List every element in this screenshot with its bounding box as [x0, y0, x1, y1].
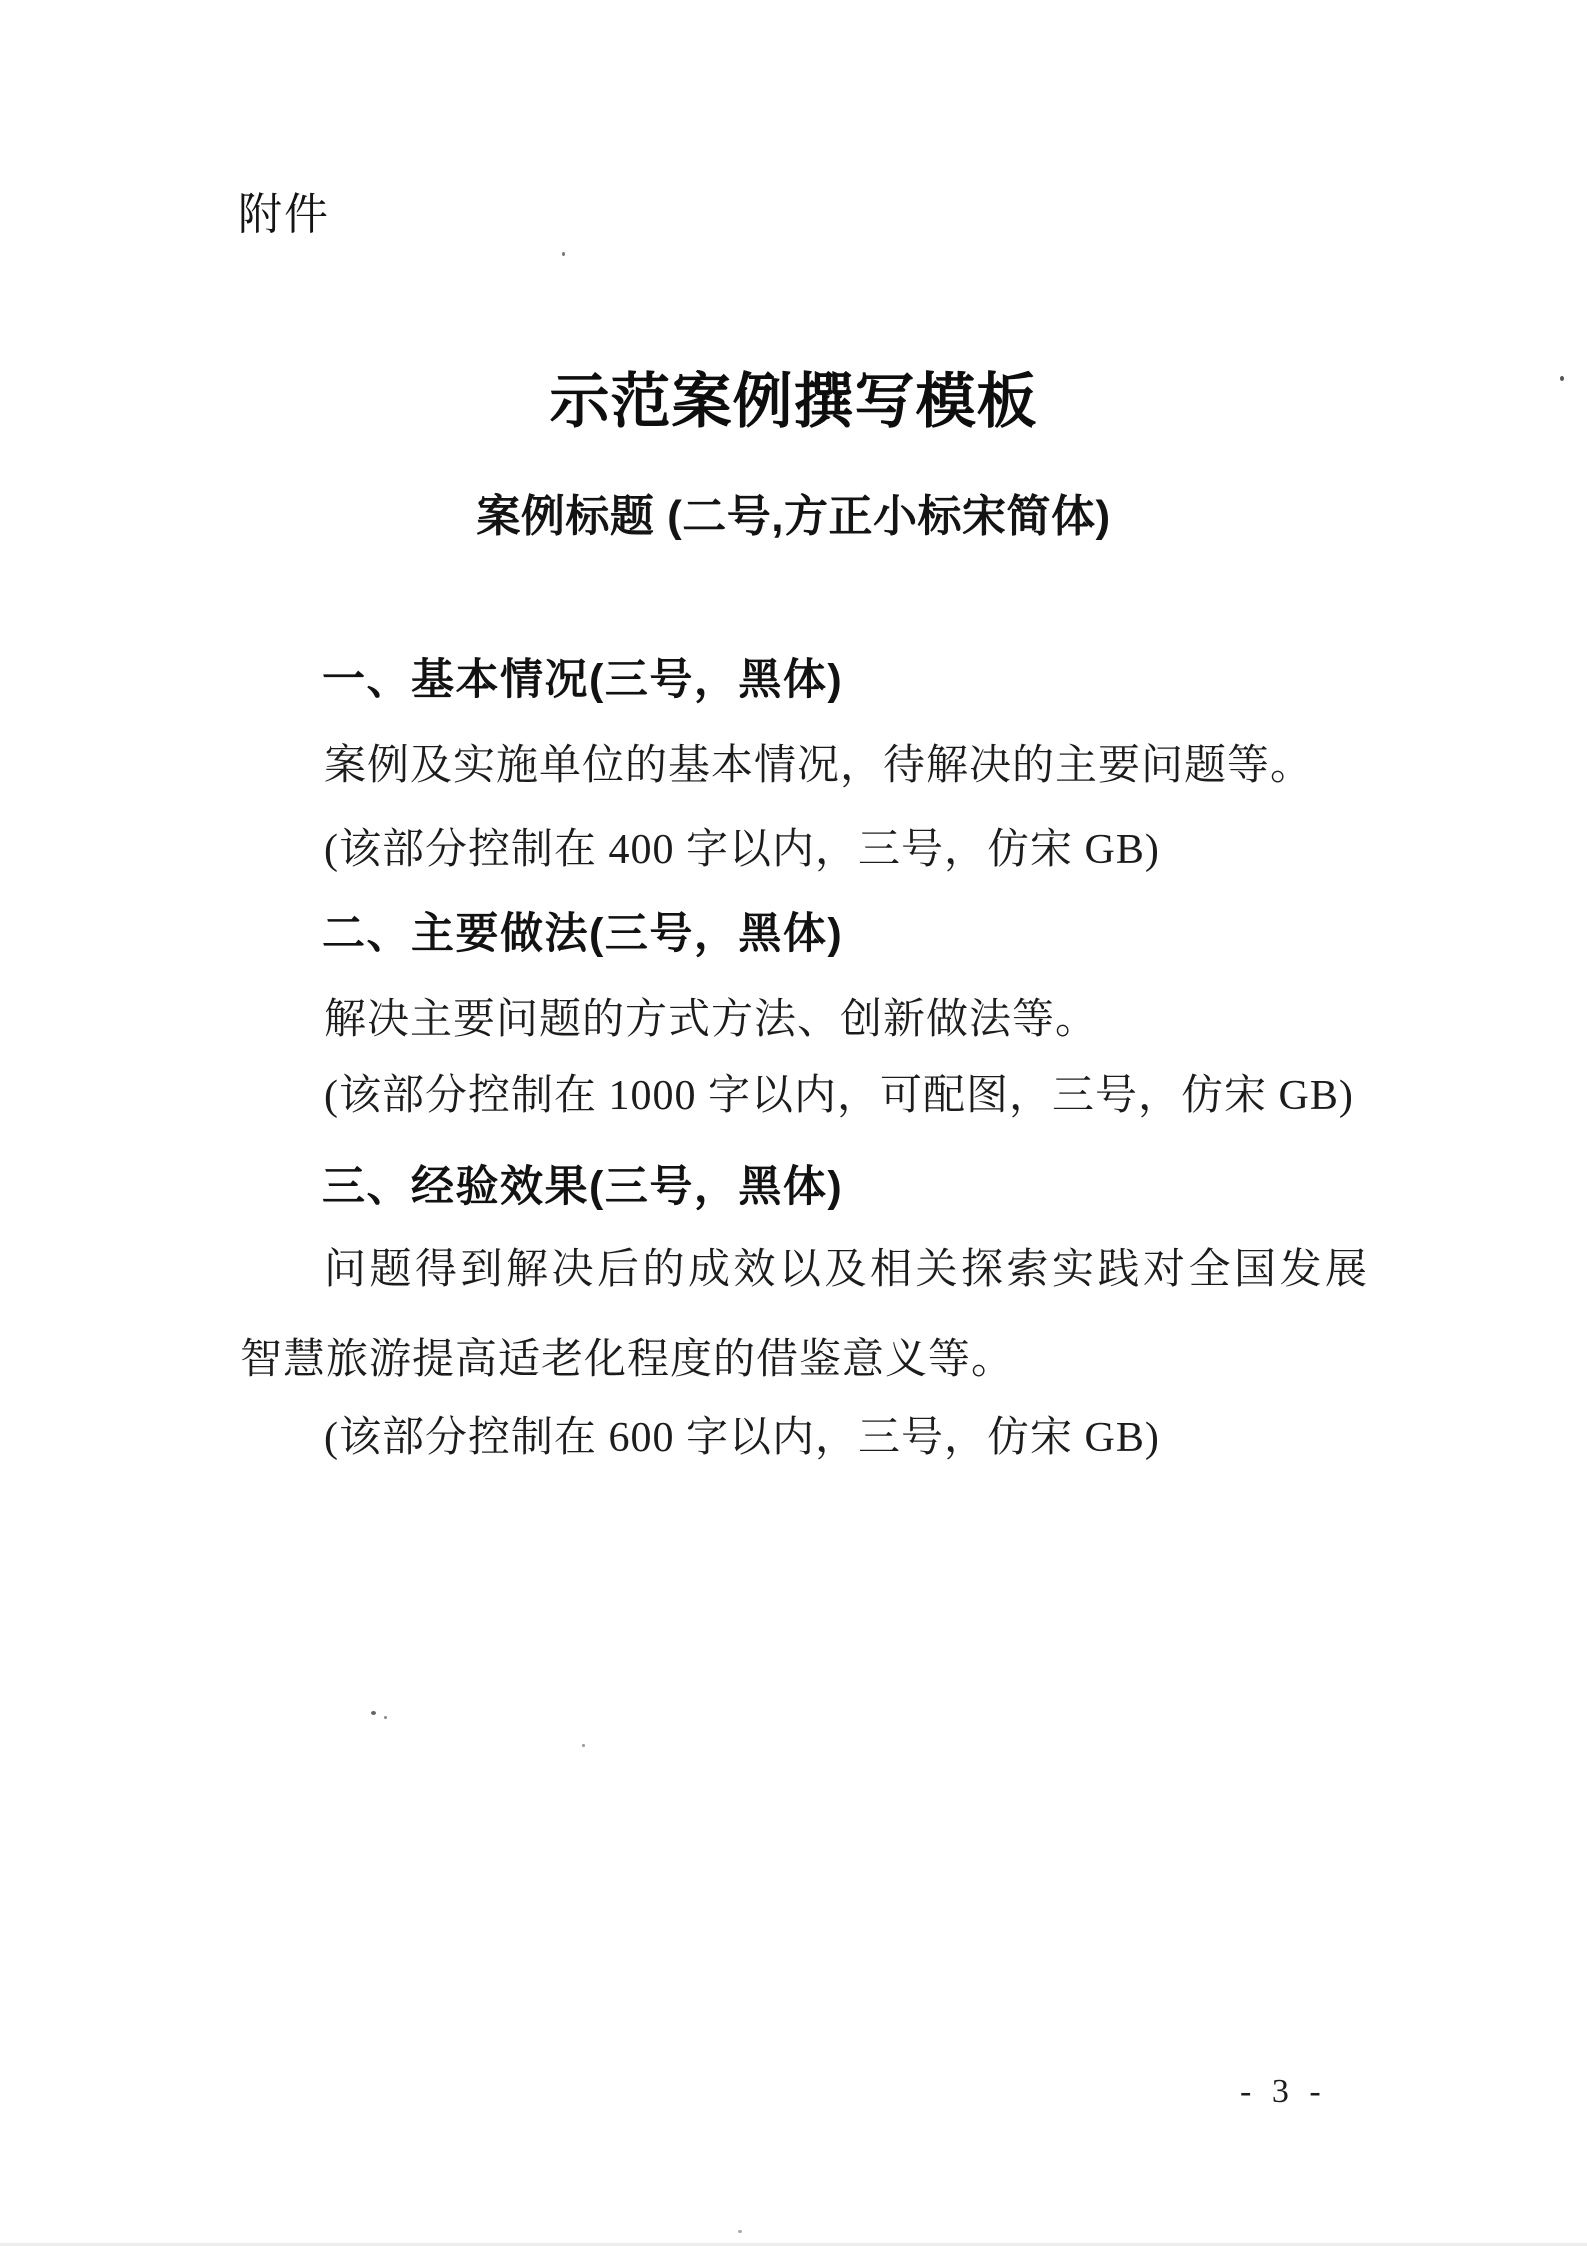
scan-speck [562, 252, 565, 256]
section-1-body: 案例及实施单位的基本情况，待解决的主要问题等。 [324, 742, 1313, 790]
document-page: 附件 示范案例撰写模板 案例标题 (二号,方正小标宋简体) 一、基本情况(三号，… [0, 0, 1587, 2246]
scan-speck [371, 1711, 376, 1715]
page-number: - 3 - [1240, 2072, 1327, 2111]
case-title-spec: 案例标题 (二号,方正小标宋简体) [0, 492, 1587, 543]
section-1-note: (该部分控制在 400 字以内，三号，仿宋 GB) [324, 826, 1160, 874]
section-3-body-line-2: 智慧旅游提高适老化程度的借鉴意义等。 [240, 1336, 1014, 1384]
attachment-label: 附件 [238, 190, 330, 241]
section-2-heading: 二、主要做法(三号，黑体) [322, 910, 843, 959]
section-2-body: 解决主要问题的方式方法、创新做法等。 [324, 996, 1098, 1044]
scan-speck [384, 1716, 387, 1719]
section-3-note: (该部分控制在 600 字以内，三号，仿宋 GB) [324, 1414, 1160, 1462]
section-3-heading: 三、经验效果(三号，黑体) [322, 1163, 843, 1212]
document-title: 示范案例撰写模板 [0, 368, 1587, 437]
section-2-note: (该部分控制在 1000 字以内，可配图，三号，仿宋 GB) [324, 1072, 1354, 1120]
scan-speck [738, 2230, 742, 2233]
scan-speck [582, 1744, 585, 1747]
section-1-heading: 一、基本情况(三号，黑体) [322, 656, 843, 705]
section-3-body-line-1: 问题得到解决后的成效以及相关探索实践对全国发展 [324, 1246, 1371, 1294]
scan-speck [1560, 376, 1564, 381]
